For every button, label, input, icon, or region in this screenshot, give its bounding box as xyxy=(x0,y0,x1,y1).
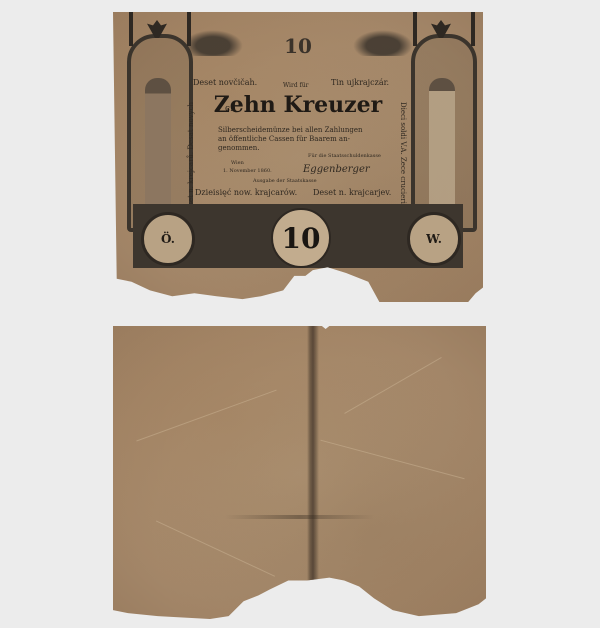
spire-icon xyxy=(471,12,475,46)
medallion-right: W. xyxy=(407,212,461,266)
crease xyxy=(156,520,275,576)
center-denomination: 10 xyxy=(271,208,331,268)
vertical-text-right: Dieci soldi V.A. Zece crucieri noi xyxy=(399,102,407,217)
crease xyxy=(321,440,465,480)
line-right-bottom: Deset n. krajcarjev. xyxy=(313,188,391,197)
engraver-line: Ausgabe der Staatskasse xyxy=(253,178,317,184)
horizontal-fold xyxy=(225,515,374,519)
title: Zehn Kreuzer xyxy=(113,92,483,118)
crease xyxy=(344,357,441,414)
spire-icon xyxy=(129,12,133,46)
signature-caption: Für die Staatsschuldenkasse xyxy=(308,153,381,159)
double-eagle-icon xyxy=(431,20,451,38)
left-pillar-frame xyxy=(127,34,193,232)
banknote-back xyxy=(113,326,486,622)
body-line-2: an öffentliche Cassen für Baarem an- xyxy=(218,135,350,143)
banknote-front: 10 Deset novčičah. Wird für Tin ujkrajcz… xyxy=(113,12,483,302)
line-left-bottom: Dzieisięć now. krajcarów. xyxy=(195,188,297,197)
line-right-top: Tin ujkrajczár. xyxy=(331,78,389,87)
medallion-left: Ö. xyxy=(141,212,195,266)
place: Wien xyxy=(231,160,244,166)
crease xyxy=(136,389,277,441)
vertical-text-left: Deset n. krejcarů. Desat novych xyxy=(187,102,195,215)
right-pillar-frame xyxy=(411,34,477,232)
vertical-fold xyxy=(307,326,319,622)
line-center-top: Wird für xyxy=(283,82,309,89)
spire-icon xyxy=(187,12,191,46)
double-eagle-icon xyxy=(147,20,167,38)
line-left-top: Deset novčičah. xyxy=(193,78,257,87)
date: 1. November 1860. xyxy=(223,168,272,174)
signature: Eggenberger xyxy=(303,164,370,175)
body-line-1: Silberscheidemünze bei allen Zahlungen xyxy=(218,126,363,134)
body-line-3: genommen. xyxy=(218,144,260,152)
spire-icon xyxy=(413,12,417,46)
